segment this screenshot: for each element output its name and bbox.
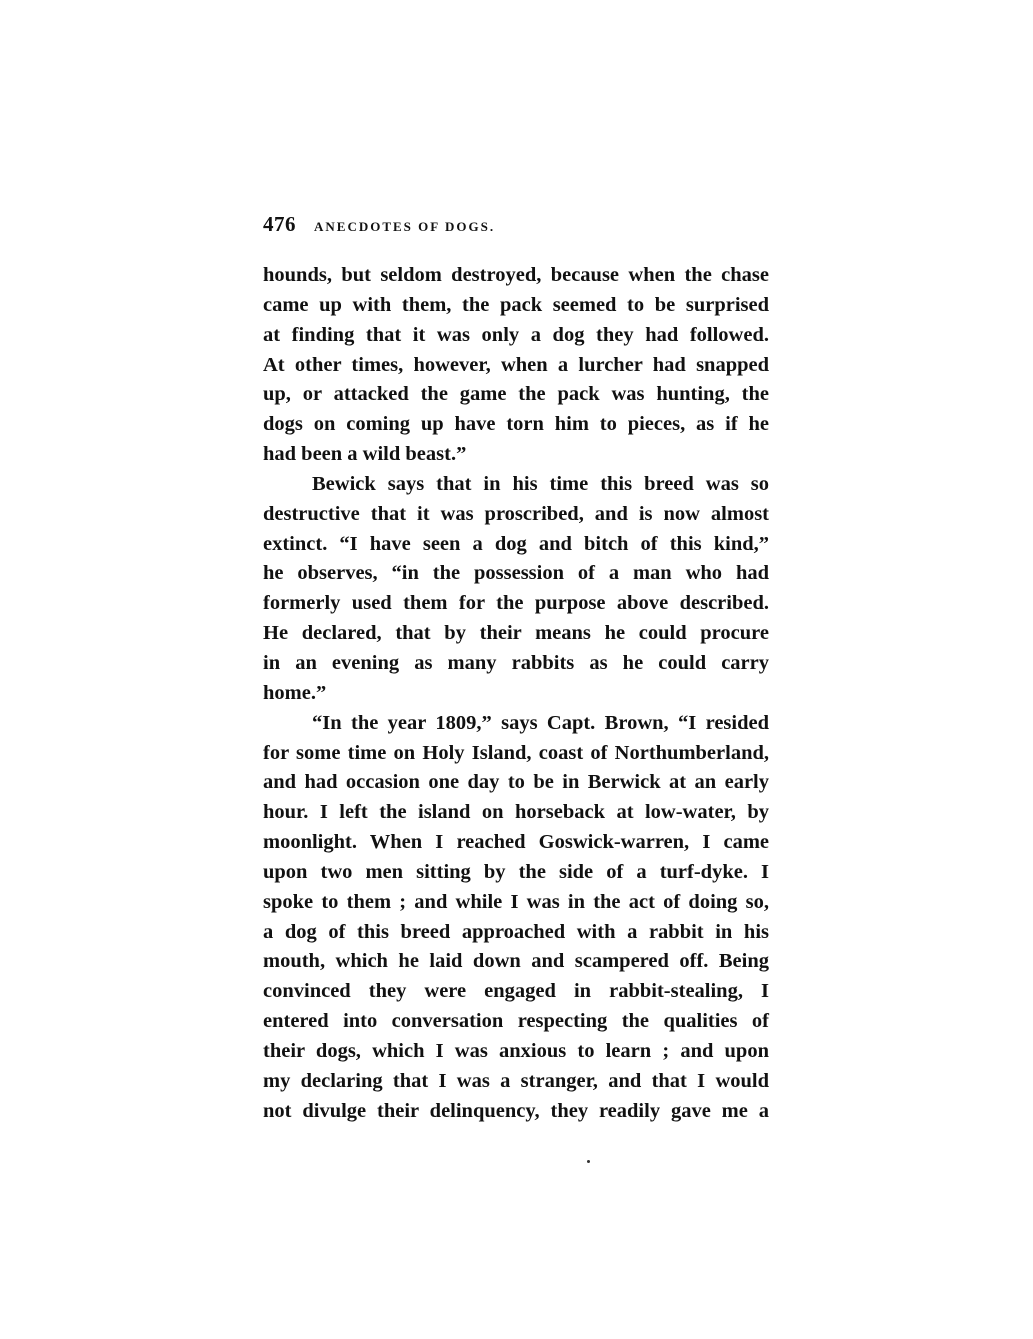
text-line: for some time on Holy Island, coast of N… (263, 739, 769, 769)
text-line: Bewick says that in his time this breed … (263, 470, 769, 500)
text-line: hounds, but seldom destroyed, because wh… (263, 261, 769, 291)
text-line: spoke to them ; and while I was in the a… (263, 888, 769, 918)
text-line: their dogs, which I was anxious to learn… (263, 1037, 769, 1067)
text-line: home.” (263, 679, 769, 709)
text-line: had been a wild beast.” (263, 440, 769, 470)
text-line: in an evening as many rabbits as he coul… (263, 649, 769, 679)
text-line: a dog of this breed approached with a ra… (263, 918, 769, 948)
text-line: he observes, “in the possession of a man… (263, 559, 769, 589)
text-line: upon two men sitting by the side of a tu… (263, 858, 769, 888)
text-line: formerly used them for the purpose above… (263, 589, 769, 619)
text-line: mouth, which he laid down and scampered … (263, 947, 769, 977)
paragraph: hounds, but seldom destroyed, because wh… (263, 261, 769, 470)
text-line: At other times, however, when a lurcher … (263, 351, 769, 381)
book-page: 476 ANECDOTES OF DOGS. hounds, but seldo… (263, 212, 769, 1126)
running-head: 476 ANECDOTES OF DOGS. (263, 212, 769, 242)
page-number: 476 (263, 212, 296, 237)
text-line: up, or attacked the game the pack was hu… (263, 380, 769, 410)
text-line: extinct. “I have seen a dog and bitch of… (263, 530, 769, 560)
body-text: hounds, but seldom destroyed, because wh… (263, 261, 769, 1126)
text-line: came up with them, the pack seemed to be… (263, 291, 769, 321)
scan-speck (587, 1160, 590, 1163)
text-line: convinced they were engaged in rabbit-st… (263, 977, 769, 1007)
running-title: ANECDOTES OF DOGS. (314, 219, 495, 235)
text-line: not divulge their delinquency, they read… (263, 1097, 769, 1127)
paragraph: Bewick says that in his time this breed … (263, 470, 769, 709)
text-line: He declared, that by their means he coul… (263, 619, 769, 649)
text-line: my declaring that I was a stranger, and … (263, 1067, 769, 1097)
text-line: and had occasion one day to be in Berwic… (263, 768, 769, 798)
text-line: destructive that it was proscribed, and … (263, 500, 769, 530)
text-line: at finding that it was only a dog they h… (263, 321, 769, 351)
text-line: hour. I left the island on horseback at … (263, 798, 769, 828)
text-line: entered into conversation respecting the… (263, 1007, 769, 1037)
text-line: moonlight. When I reached Goswick-warren… (263, 828, 769, 858)
text-line: dogs on coming up have torn him to piece… (263, 410, 769, 440)
paragraph: “In the year 1809,” says Capt. Brown, “I… (263, 709, 769, 1127)
text-line: “In the year 1809,” says Capt. Brown, “I… (263, 709, 769, 739)
